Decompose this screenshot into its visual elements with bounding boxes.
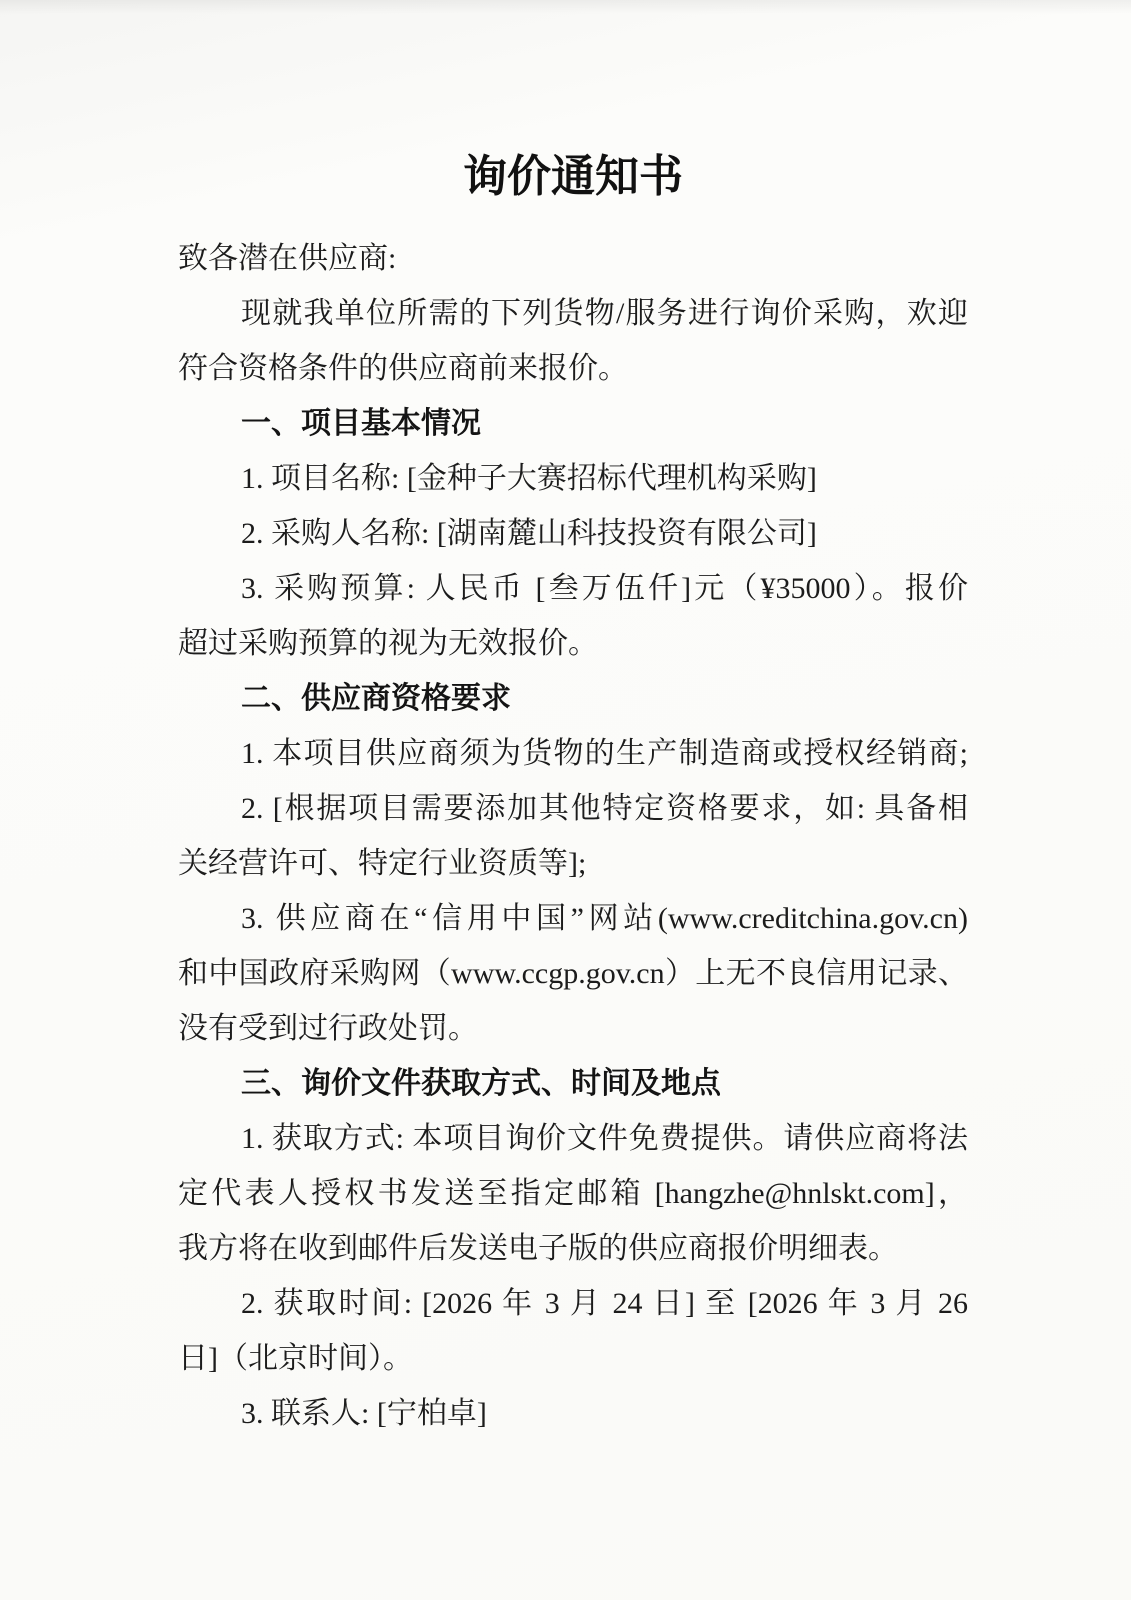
scanned-document-page: 询价通知书 致各潜在供应商: 现就我单位所需的下列货物/服务进行询价采购，欢迎 … bbox=[0, 0, 1131, 1600]
qualification-2-line-1: 2. [根据项目需要添加其他特定资格要求，如: 具备相 bbox=[178, 781, 968, 836]
qualification-3-line-3: 没有受到过行政处罚。 bbox=[178, 1001, 968, 1056]
qualification-3-line-2: 和中国政府采购网（www.ccgp.gov.cn）上无不良信用记录、 bbox=[178, 946, 968, 1001]
intro-line-1: 现就我单位所需的下列货物/服务进行询价采购，欢迎 bbox=[178, 286, 968, 341]
intro-line-2: 符合资格条件的供应商前来报价。 bbox=[178, 341, 968, 396]
purchaser-name-line: 2. 采购人名称: [湖南麓山科技投资有限公司] bbox=[178, 506, 968, 561]
budget-line-1: 3. 采购预算: 人民币 [叁万伍仟]元（¥35000）。报价 bbox=[178, 561, 968, 616]
section-1-heading: 一、项目基本情况 bbox=[178, 396, 968, 451]
contact-line: 3. 联系人: [宁柏卓] bbox=[178, 1386, 968, 1441]
qualification-2-line-2: 关经营许可、特定行业资质等]; bbox=[178, 836, 968, 891]
obtain-method-line-1: 1. 获取方式: 本项目询价文件免费提供。请供应商将法 bbox=[178, 1111, 968, 1166]
qualification-1-line: 1. 本项目供应商须为货物的生产制造商或授权经销商; bbox=[178, 726, 968, 781]
qualification-3-line-1: 3. 供应商在“信用中国”网站(www.creditchina.gov.cn) bbox=[178, 891, 968, 946]
obtain-time-line-2: 日]（北京时间）。 bbox=[178, 1331, 968, 1386]
greeting-line: 致各潜在供应商: bbox=[178, 231, 968, 286]
obtain-time-line-1: 2. 获取时间: [2026 年 3 月 24 日] 至 [2026 年 3 月… bbox=[178, 1276, 968, 1331]
section-2-heading: 二、供应商资格要求 bbox=[178, 671, 968, 726]
project-name-line: 1. 项目名称: [金种子大赛招标代理机构采购] bbox=[178, 451, 968, 506]
section-3-heading: 三、询价文件获取方式、时间及地点 bbox=[178, 1056, 968, 1111]
document-content: 询价通知书 致各潜在供应商: 现就我单位所需的下列货物/服务进行询价采购，欢迎 … bbox=[178, 149, 968, 1441]
budget-line-2: 超过采购预算的视为无效报价。 bbox=[178, 616, 968, 671]
obtain-method-line-3: 我方将在收到邮件后发送电子版的供应商报价明细表。 bbox=[178, 1221, 968, 1276]
document-title: 询价通知书 bbox=[178, 149, 968, 204]
obtain-method-line-2: 定代表人授权书发送至指定邮箱 [hangzhe@hnlskt.com]， bbox=[178, 1166, 968, 1221]
